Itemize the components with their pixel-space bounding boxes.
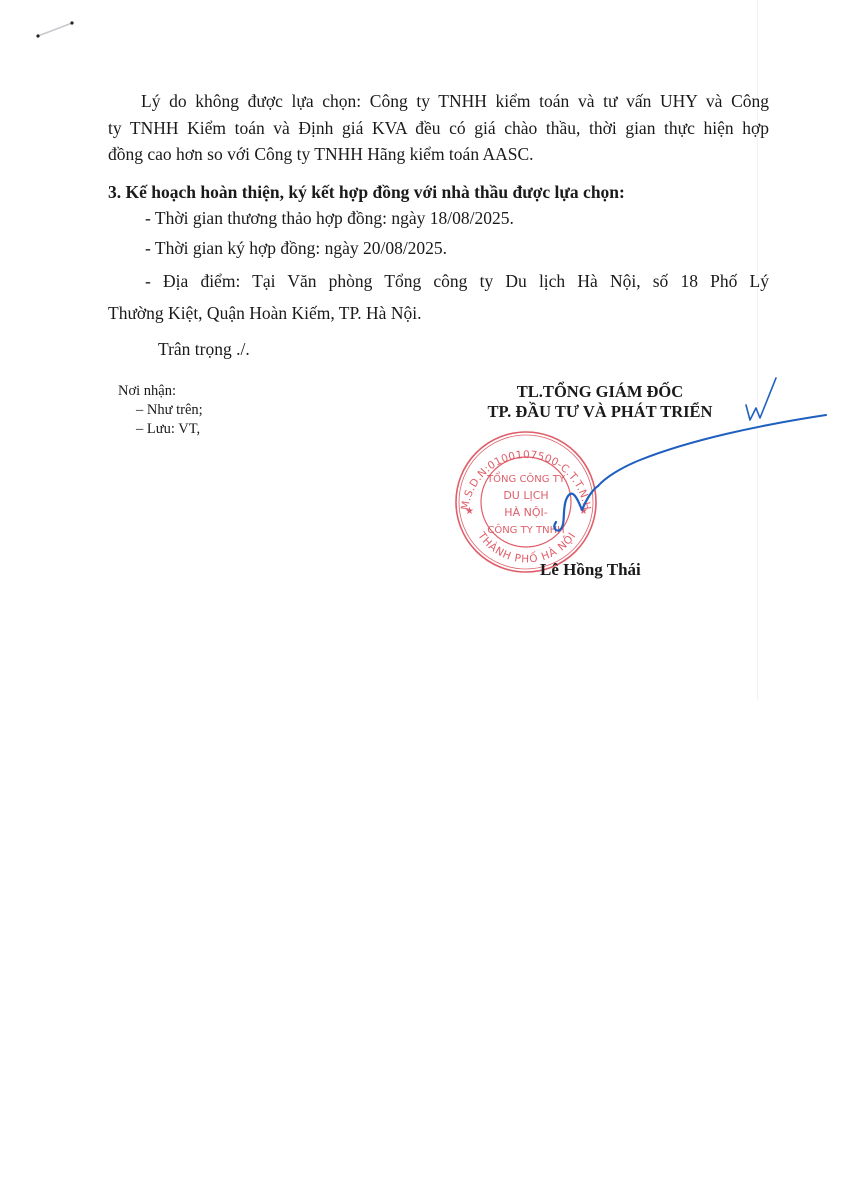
negotiation-time: - Thời gian thương thảo hợp đồng: ngày 1…: [145, 207, 514, 229]
svg-text:★: ★: [579, 506, 588, 517]
location-line-1: - Địa điểm: Tại Văn phòng Tổng công ty D…: [145, 270, 769, 292]
signature-title-line-1: TL.TỔNG GIÁM ĐỐC: [470, 382, 730, 402]
closing-text: Trân trọng ./.: [158, 338, 250, 360]
stamp-center-line: TỔNG CÔNG TY: [486, 470, 566, 485]
svg-text:★: ★: [465, 506, 474, 517]
signing-time: - Thời gian ký hợp đồng: ngày 20/08/2025…: [145, 237, 447, 259]
stamp-center-line: CÔNG TY TNHH: [487, 523, 564, 536]
stamp-center-line: DU LỊCH: [503, 489, 548, 502]
location-line-2: Thường Kiệt, Quận Hoàn Kiếm, TP. Hà Nội.: [108, 302, 421, 324]
reason-line-1: Lý do không được lựa chọn: Công ty TNHH …: [141, 90, 769, 112]
reason-line-2: ty TNHH Kiểm toán và Định giá KVA đều có…: [108, 117, 769, 139]
reason-line-3: đồng cao hơn so với Công ty TNHH Hãng ki…: [108, 143, 534, 165]
section-3-heading: 3. Kế hoạch hoàn thiện, ký kết hợp đồng …: [108, 181, 625, 203]
signer-name: Lê Hồng Thái: [540, 560, 641, 580]
recipient-item: – Như trên;: [136, 402, 203, 419]
document-page: Lý do không được lựa chọn: Công ty TNHH …: [0, 0, 850, 1200]
company-stamp-icon: M.S.D.N:0100107500-C.T.T.N.H THÀNH PHỐ H…: [452, 424, 600, 578]
recipients-title: Nơi nhận:: [118, 383, 176, 400]
signature-title-line-2: TP. ĐẦU TƯ VÀ PHÁT TRIỂN: [460, 402, 740, 422]
recipient-item: – Lưu: VT,: [136, 421, 200, 438]
scan-mark-icon: [30, 18, 80, 42]
stamp-center-line: HÀ NỘI-: [504, 506, 547, 519]
